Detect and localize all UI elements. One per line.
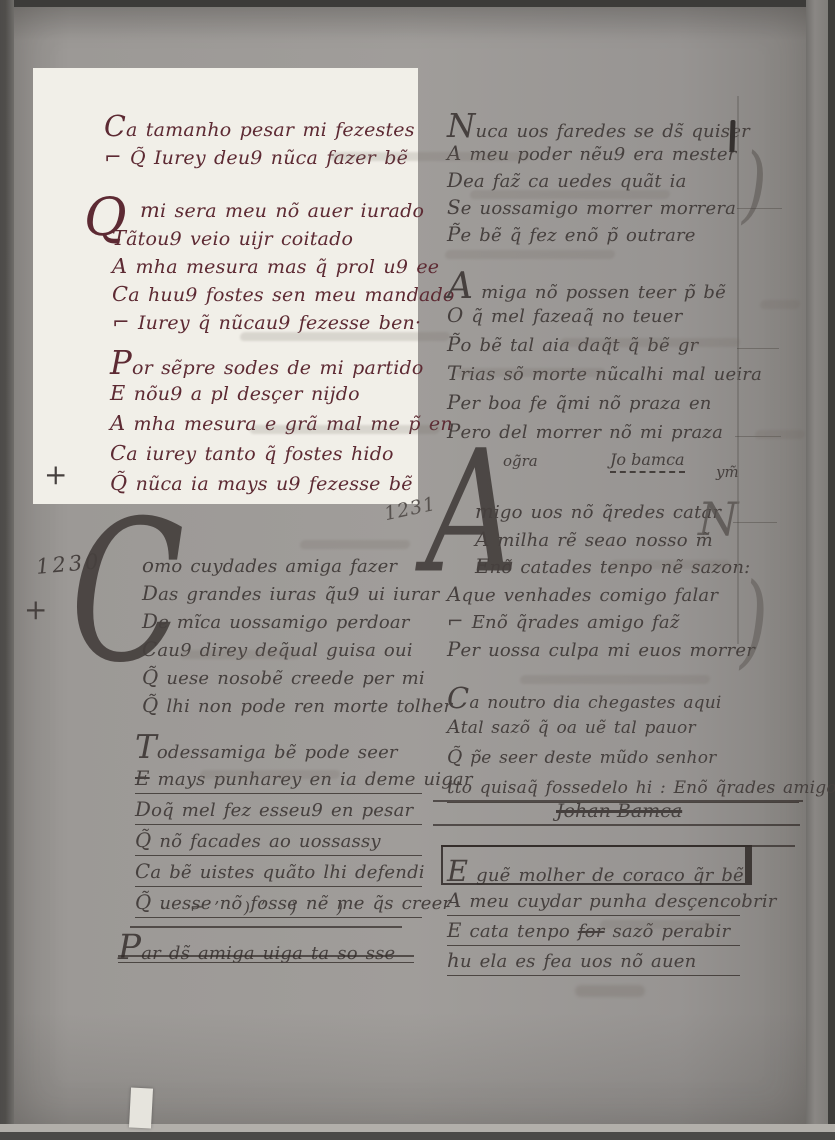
- bleedthrough-mark: [299, 540, 410, 549]
- stanza-left-6: Par ds̃ amiga uiga ta so sse: [118, 933, 414, 963]
- verse-line: mi sera meu nõ auer iurado: [112, 196, 422, 224]
- stanza-right-4: Ca noutro dia chegastes aquiAtal sazõ q̃…: [447, 683, 799, 803]
- margin-ruling-vertical: [737, 96, 739, 644]
- bleedthrough-mark: [519, 675, 710, 684]
- verse-line: Q̃ p̃e seer deste mũdo senhor: [447, 743, 799, 773]
- verse-line: Por sẽpre sodes de mi partido: [110, 348, 420, 378]
- margin-bracket: ): [742, 137, 767, 233]
- verse-line: P̃e bẽ q̃ fez enõ p̃ outrare: [447, 221, 777, 248]
- bleedthrough-mark: [609, 560, 730, 569]
- ruling-line: [433, 824, 800, 826]
- bleedthrough-mark: [469, 190, 670, 199]
- verse-line: Atal sazõ q̃ oa uẽ tal pauor: [447, 713, 799, 743]
- flourish-row: · ⌐ʼ )ʼ )ʼ )ʼ: [160, 898, 368, 917]
- verse-line: Doq̃ mel fez esseu9 en pesar: [135, 794, 422, 825]
- stanza-left-2: Qmi sera meu nõ auer iuradoTãtou9 veio u…: [112, 196, 422, 336]
- page-marker-tab: [129, 1087, 153, 1128]
- bleedthrough-mark: [759, 300, 800, 309]
- verse-line: Ca huu9 fostes sen meu mandado: [112, 280, 422, 308]
- page-edge-left: [0, 0, 14, 1140]
- bleedthrough-mark: [454, 368, 605, 377]
- ruling-line: [118, 955, 414, 957]
- photo-bottom-band: [0, 1132, 835, 1140]
- verse-line: A meu cuydar punha desçencobrir: [447, 886, 740, 916]
- verse-line: ⌐ Enõ q̃rades amigo faz̃: [447, 608, 777, 636]
- margin-cross-mark: +: [44, 458, 67, 491]
- stanza-left-3: Por sẽpre sodes de mi partidoE nõu9 a pl…: [110, 348, 420, 498]
- verse-line: hu ela es fea uos nõ auen: [447, 946, 740, 976]
- bleedthrough-mark: [444, 250, 615, 259]
- bleedthrough-mark: [329, 152, 530, 161]
- verse-line: Per uossa culpa mi euos morrer: [447, 636, 777, 664]
- verse-line: Tãtou9 veio uijr coitado: [112, 224, 422, 252]
- verse-line: Nuca uos faredes se ds̃ quiser: [447, 113, 777, 140]
- pencil-letter-n: N: [698, 492, 738, 546]
- verse-line: A miga nõ possen teer p̃ bẽ: [447, 272, 777, 301]
- ruling-line: [441, 845, 795, 847]
- verse-line: Ca tamanho pesar mi fezestes: [104, 112, 414, 142]
- verse-line: Par ds̃ amiga uiga ta so sse: [118, 933, 414, 963]
- bleedthrough-mark: [179, 650, 300, 659]
- margin-bracket: ): [740, 561, 768, 679]
- verse-line: A mha mesura mas q̃ prol u9 ee: [112, 252, 422, 280]
- struck-word: E: [135, 769, 150, 790]
- faint-ruling-line: [733, 522, 777, 523]
- scribe-name-note: Jo bamca: [610, 450, 685, 473]
- bleedthrough-mark: [559, 338, 740, 347]
- bleedthrough-mark: [599, 920, 720, 929]
- bleedthrough-mark: [239, 332, 450, 341]
- faint-ruling-line: [737, 348, 779, 349]
- verse-line: Aque venhades comigo falar: [447, 581, 777, 609]
- page-bottom-edge: [0, 1124, 835, 1132]
- verse-line: E nõu9 a pl desçer nijdo: [110, 378, 420, 408]
- verse-line: Das grandes iuras q̃u9 ui iurar: [142, 580, 427, 608]
- bleedthrough-mark: [199, 770, 340, 779]
- pencil-smudge: [575, 985, 645, 997]
- stanza-left-1: Ca tamanho pesar mi fezestes⌐ Q̃ Iurey d…: [104, 112, 414, 172]
- ruling-line: [130, 926, 402, 928]
- verse-line: Ca noutro dia chegastes aqui: [447, 683, 799, 713]
- page-edge-right: [828, 0, 835, 1140]
- bleedthrough-mark: [754, 430, 805, 439]
- ruling-line: [433, 800, 803, 802]
- verse-line: Q̃ lhi non pode ren morte tolher: [142, 692, 427, 720]
- verse-line: Q̃ nõ facades ao uossassy: [135, 825, 422, 856]
- margin-cross-mark: +: [24, 593, 47, 626]
- stanza-left-4: Como cuydades amiga fazerDas grandes iur…: [142, 552, 427, 720]
- page-gutter-right: [806, 0, 828, 1140]
- flourish-note: ym̃: [716, 463, 739, 481]
- stanza-right-1: Nuca uos faredes se ds̃ quiserA meu pode…: [447, 113, 777, 248]
- manuscript-photo: Ca tamanho pesar mi fezestes⌐ Q̃ Iurey d…: [0, 0, 835, 1140]
- bleedthrough-mark: [249, 425, 440, 434]
- ink-frame-box: [441, 845, 752, 885]
- verse-line: De mĩca uossamigo perdoar: [142, 608, 427, 636]
- verse-line: Ca bẽ uistes quãto lhi defendi: [135, 856, 422, 887]
- verse-line: Ca iurey tanto q̃ fostes hido: [110, 438, 420, 468]
- struck-scribe-name: Johan Bamca: [556, 800, 682, 822]
- page-edge-top: [0, 0, 835, 7]
- verse-line: omo cuydades amiga fazer: [142, 552, 427, 580]
- verse-line: O q̃ mel fazeaq̃ no teuer: [447, 301, 777, 330]
- verse-line: tto quisaq̃ fossedelo hi : Enõ q̃rades a…: [447, 773, 799, 803]
- verse-line: Q̃ uese nosobẽ creede per mi: [142, 664, 427, 692]
- stanza-left-5: Todessamiga bẽ pode seerE mays punharey …: [135, 732, 422, 918]
- verse-text: E cata tenpo: [447, 921, 578, 942]
- interlinear-note: og̃ra: [503, 452, 538, 470]
- verse-line: Todessamiga bẽ pode seer: [135, 732, 422, 763]
- faint-ruling-line: [737, 208, 782, 209]
